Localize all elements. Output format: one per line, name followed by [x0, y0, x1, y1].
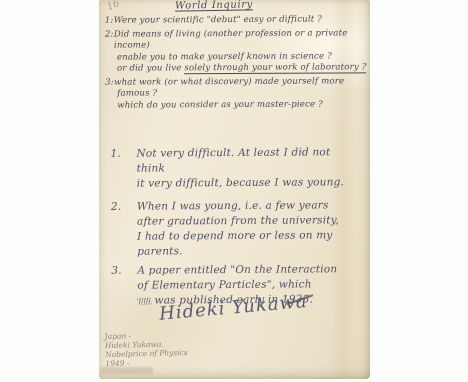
letter-title: World Inquiry [175, 0, 253, 12]
answer-1-line2: it very difficult, because I was young. [137, 175, 351, 191]
question-3-number: 3: [105, 77, 114, 89]
answer-3-number: 3. [111, 264, 137, 309]
answer-2: 2. When I was young, i.e. a few years af… [111, 198, 351, 260]
answer-3-line1: A paper entitled "On the Interaction [137, 262, 351, 278]
photo-of-letter: 16 World Inquiry 1: Were your scientific… [0, 0, 468, 382]
question-1: 1: Were your scientific "debut" easy or … [105, 14, 367, 27]
question-2-line3-plain: or did you live [117, 63, 184, 73]
faint-stamp [101, 367, 153, 374]
answer-2-number: 2. [111, 200, 137, 260]
answer-2-line2: after graduation from the university, [137, 213, 351, 229]
question-2-number: 2: [105, 29, 114, 52]
question-1-text: Were your scientific "debut" easy or dif… [114, 15, 322, 28]
question-1-number: 1: [105, 16, 114, 28]
answer-3-line2: of Elementary Particles", which [137, 277, 351, 293]
letter-paper: 16 World Inquiry 1: Were your scientific… [99, 0, 370, 379]
question-3-line1: what work (or what discovery) made yours… [114, 76, 344, 89]
pencil-annotation: Japan - Hideki Yukawa. Nobelprice of Phy… [105, 330, 189, 368]
question-3-line3: which do you consider as your master-pie… [105, 99, 367, 112]
answers-block: 1. Not very difficult. At least I did no… [110, 145, 351, 309]
answer-2-line1: When I was young, i.e. a few years [137, 198, 351, 214]
answer-1-number: 1. [110, 147, 136, 192]
answer-2-line3: I had to depend more or less on my [137, 228, 351, 244]
pencil-page-number: 16 [105, 0, 121, 13]
answer-1: 1. Not very difficult. At least I did no… [110, 145, 350, 192]
crossout-scribble [137, 298, 151, 305]
question-2-line3-underlined: solely through your work of laboratory ? [184, 62, 366, 74]
question-2-line1: Did means of living (another profession … [114, 28, 367, 52]
question-3: 3: what work (or what discovery) made yo… [105, 76, 367, 112]
questions-block: 1: Were your scientific "debut" easy or … [105, 12, 368, 111]
answer-1-line1: Not very difficult. At least I did not t… [136, 145, 350, 176]
question-2: 2: Did means of living (another professi… [105, 28, 367, 75]
question-2-line3: or did you live solely through your work… [105, 62, 367, 75]
answer-2-line4: parents. [137, 243, 351, 259]
